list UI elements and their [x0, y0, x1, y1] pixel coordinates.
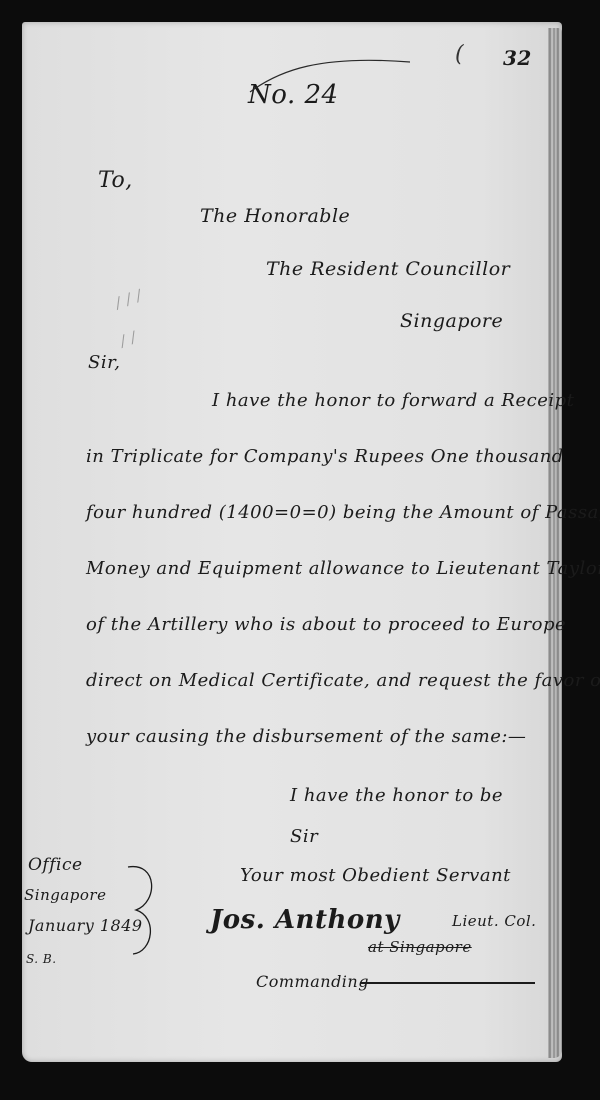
body-line-2: in Triplicate for Company's Rupees One t… [86, 446, 564, 467]
closing-line-3: Your most Obedient Servant [240, 865, 511, 886]
rank-line-2: at Singapore [368, 938, 472, 956]
greeting: Sir, [88, 352, 120, 373]
body-line-3: four hundred (1400=0=0) being the Amount… [86, 502, 600, 523]
salutation-to: To, [98, 168, 133, 193]
strikethrough-line [360, 982, 535, 984]
closing-line-1: I have the honor to be [290, 785, 503, 806]
body-line-1: I have the honor to forward a Receipt [212, 390, 574, 411]
body-line-7: your causing the disbursement of the sam… [86, 726, 526, 747]
addressee-line-1: The Honorable [200, 205, 350, 227]
signature: Jos. Anthony [210, 905, 400, 935]
brace-flourish [118, 862, 168, 962]
corner-mark: ( [455, 42, 464, 67]
margin-note-line-1: Office [28, 855, 83, 875]
page-binding-edge [548, 28, 562, 1058]
addressee-line-2: The Resident Councillor [266, 258, 510, 280]
margin-note-line-2: Singapore [24, 886, 106, 904]
rank-line-1: Lieut. Col. [452, 912, 536, 930]
addressee-line-3: Singapore [400, 310, 503, 332]
body-line-5: of the Artillery who is about to proceed… [86, 614, 566, 635]
number-flourish [240, 50, 420, 100]
body-line-6: direct on Medical Certificate, and reque… [86, 670, 600, 691]
page-number: 32 [503, 46, 532, 70]
closing-line-2: Sir [290, 826, 318, 847]
margin-note-line-4: S. B. [26, 952, 57, 966]
body-line-4: Money and Equipment allowance to Lieuten… [86, 558, 600, 579]
rank-line-3: Commanding [256, 972, 369, 991]
